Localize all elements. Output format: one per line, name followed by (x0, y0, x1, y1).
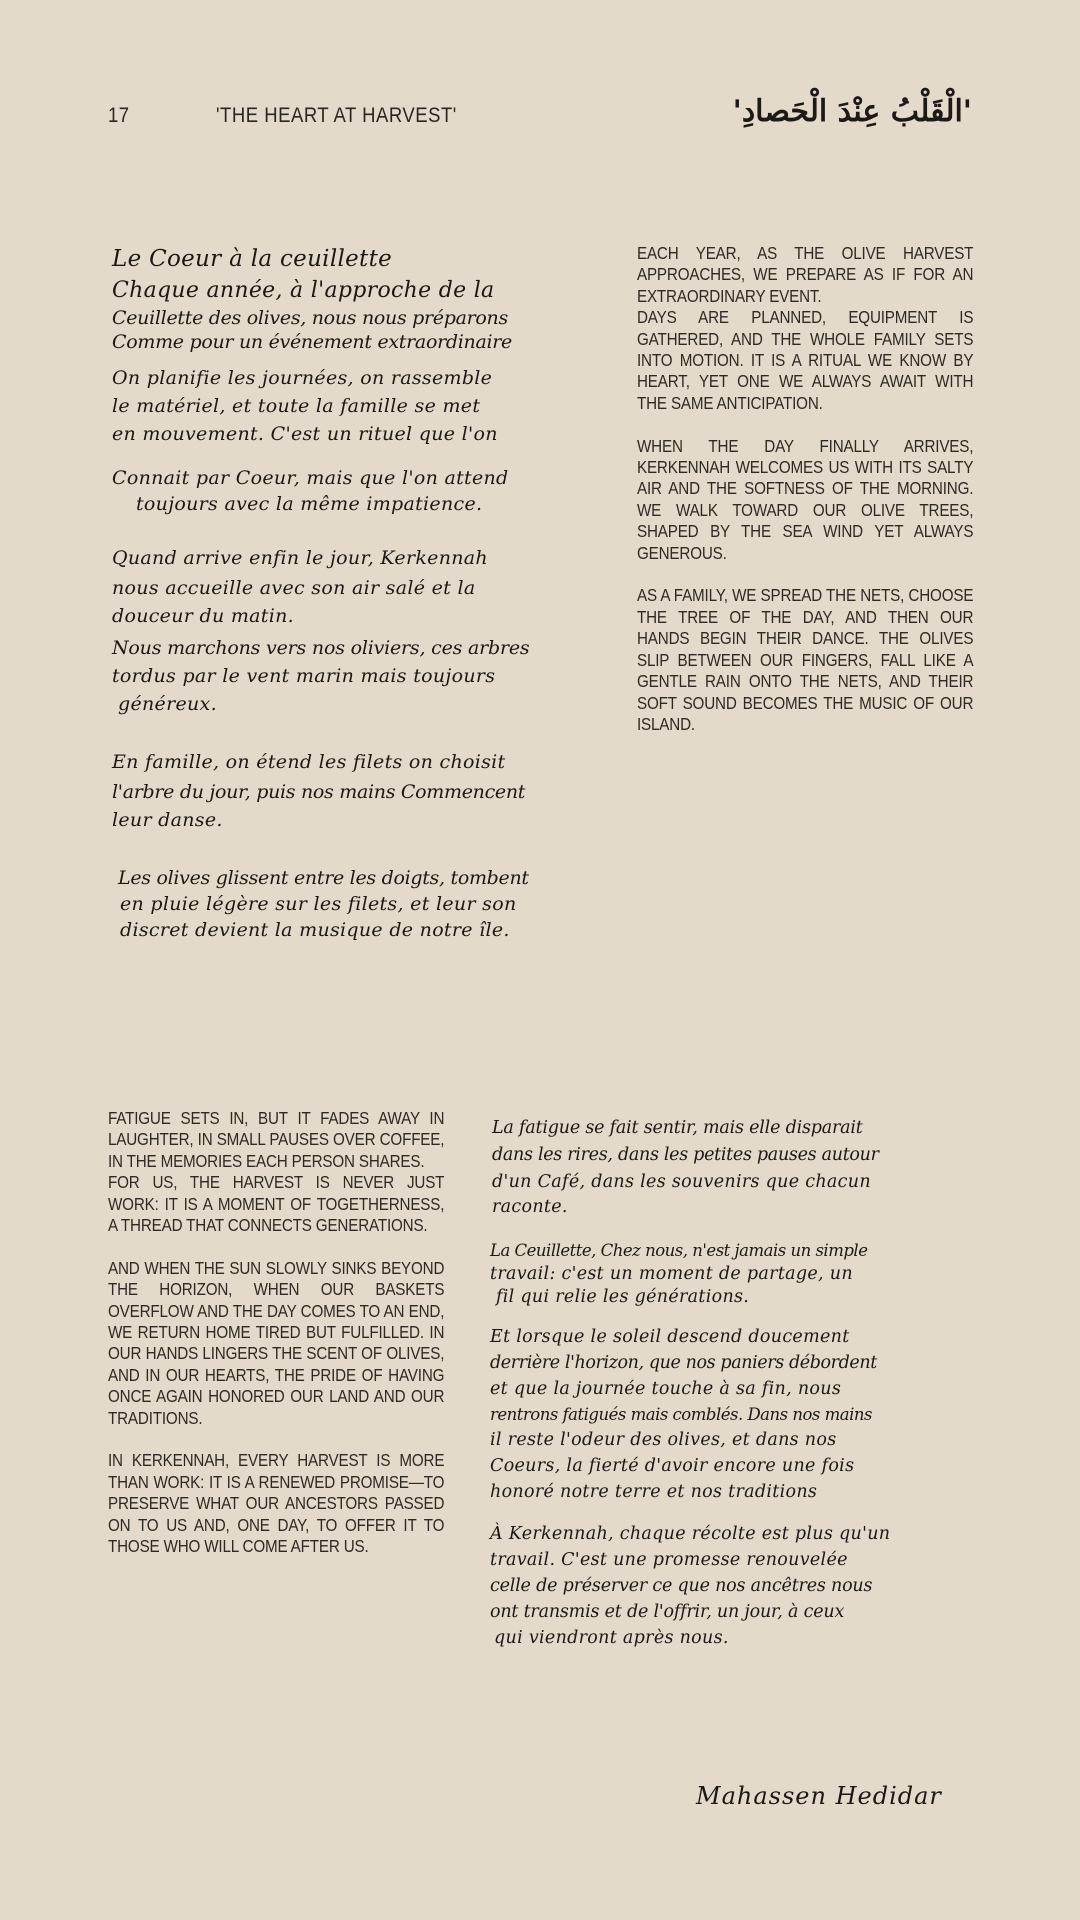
handwritten-line: Chaque année, à l'approche de la (112, 278, 592, 303)
handwritten-line: leur danse. (112, 809, 592, 831)
handwritten-line: Quand arrive enfin le jour, Kerkennah (112, 547, 592, 569)
handwritten-line: travail: c'est un moment de partage, un (490, 1264, 980, 1284)
handwritten-line: toujours avec la même impatience. (112, 493, 592, 515)
page-header: 17 'THE HEART AT HARVEST' 'الْقَلْبُ عِن… (108, 98, 972, 138)
handwritten-line: À Kerkennah, chaque récolte est plus qu'… (490, 1524, 980, 1544)
handwritten-line: Coeurs, la fierté d'avoir encore une foi… (490, 1456, 980, 1476)
handwritten-line: le matériel, et toute la famille se met (112, 395, 592, 417)
handwritten-french-bottom: La fatigue se fait sentir, mais elle dis… (490, 1118, 980, 1648)
handwritten-line: discret devient la musique de notre île. (112, 919, 592, 941)
handwritten-line: La Ceuillette, Chez nous, n'est jamais u… (490, 1241, 980, 1260)
handwritten-line: douceur du matin. (112, 605, 592, 627)
english-paragraph: Each year, as the olive harvest approach… (637, 243, 973, 307)
handwritten-line: honoré notre terre et nos traditions (490, 1482, 980, 1502)
handwritten-french-top: Le Coeur à la ceuillette Chaque année, à… (112, 246, 592, 941)
english-paragraph: And when the sun slowly sinks beyond the… (108, 1258, 444, 1429)
handwritten-line: Nous marchons vers nos oliviers, ces arb… (112, 637, 592, 659)
handwritten-line: En famille, on étend les filets on chois… (112, 751, 592, 773)
english-text-bottom: Fatigue sets in, but it fades away in la… (108, 1108, 444, 1558)
handwritten-line: travail. C'est une promesse renouvelée (490, 1550, 980, 1570)
handwritten-line: rentrons fatigués mais comblés. Dans nos… (490, 1405, 980, 1424)
handwritten-line: nous accueille avec son air salé et la (112, 577, 592, 599)
handwritten-line: fil qui relie les générations. (490, 1287, 980, 1307)
handwritten-line: ont transmis et de l'offrir, un jour, à … (490, 1602, 980, 1622)
handwritten-line: raconte. (490, 1197, 980, 1217)
handwritten-line: il reste l'odeur des olives, et dans nos (490, 1430, 980, 1450)
handwritten-line: l'arbre du jour, puis nos mains Commence… (112, 781, 592, 803)
handwritten-line: Comme pour un événement extraordinaire (112, 331, 592, 353)
english-paragraph: Days are planned, equipment is gathered,… (637, 307, 973, 414)
english-text-top: Each year, as the olive harvest approach… (637, 243, 973, 735)
handwritten-title: Le Coeur à la ceuillette (112, 246, 592, 272)
handwritten-line: en pluie légère sur les filets, et leur … (112, 893, 592, 915)
english-paragraph: For us, the harvest is never just work: … (108, 1172, 444, 1236)
handwritten-line: en mouvement. C'est un rituel que l'on (112, 423, 592, 445)
handwritten-line: Les olives glissent entre les doigts, to… (112, 867, 592, 889)
english-paragraph: In Kerkennah, every harvest is more than… (108, 1450, 444, 1557)
author-signature: Mahassen Hedidar (696, 1782, 942, 1810)
handwritten-line: Connait par Coeur, mais que l'on attend (112, 467, 592, 489)
handwritten-line: et que la journée touche à sa fin, nous (490, 1379, 980, 1399)
english-paragraph: Fatigue sets in, but it fades away in la… (108, 1108, 444, 1172)
handwritten-line: celle de préserver ce que nos ancêtres n… (490, 1576, 980, 1596)
handwritten-line: On planifie les journées, on rassemble (112, 367, 592, 389)
english-paragraph: When the day finally arrives, Kerkennah … (637, 436, 973, 564)
handwritten-line: Et lorsque le soleil descend doucement (490, 1327, 980, 1347)
handwritten-line: tordus par le vent marin mais toujours (112, 665, 592, 687)
handwritten-line: La fatigue se fait sentir, mais elle dis… (490, 1118, 980, 1138)
page-title-arabic: 'الْقَلْبُ عِنْدَ الْحَصادِ' (733, 94, 972, 129)
handwritten-line: d'un Café, dans les souvenirs que chacun (490, 1172, 980, 1192)
handwritten-line: Ceuillette des olives, nous nous préparo… (112, 307, 592, 329)
english-paragraph: As a family, we spread the nets, choose … (637, 585, 973, 735)
handwritten-line: derrière l'horizon, que nos paniers débo… (490, 1353, 980, 1373)
page-title-english: 'THE HEART AT HARVEST' (216, 104, 457, 128)
handwritten-line: dans les rires, dans les petites pauses … (490, 1145, 980, 1165)
page-number: 17 (108, 104, 129, 128)
handwritten-line: qui viendront après nous. (490, 1628, 980, 1648)
handwritten-line: généreux. (112, 693, 592, 715)
